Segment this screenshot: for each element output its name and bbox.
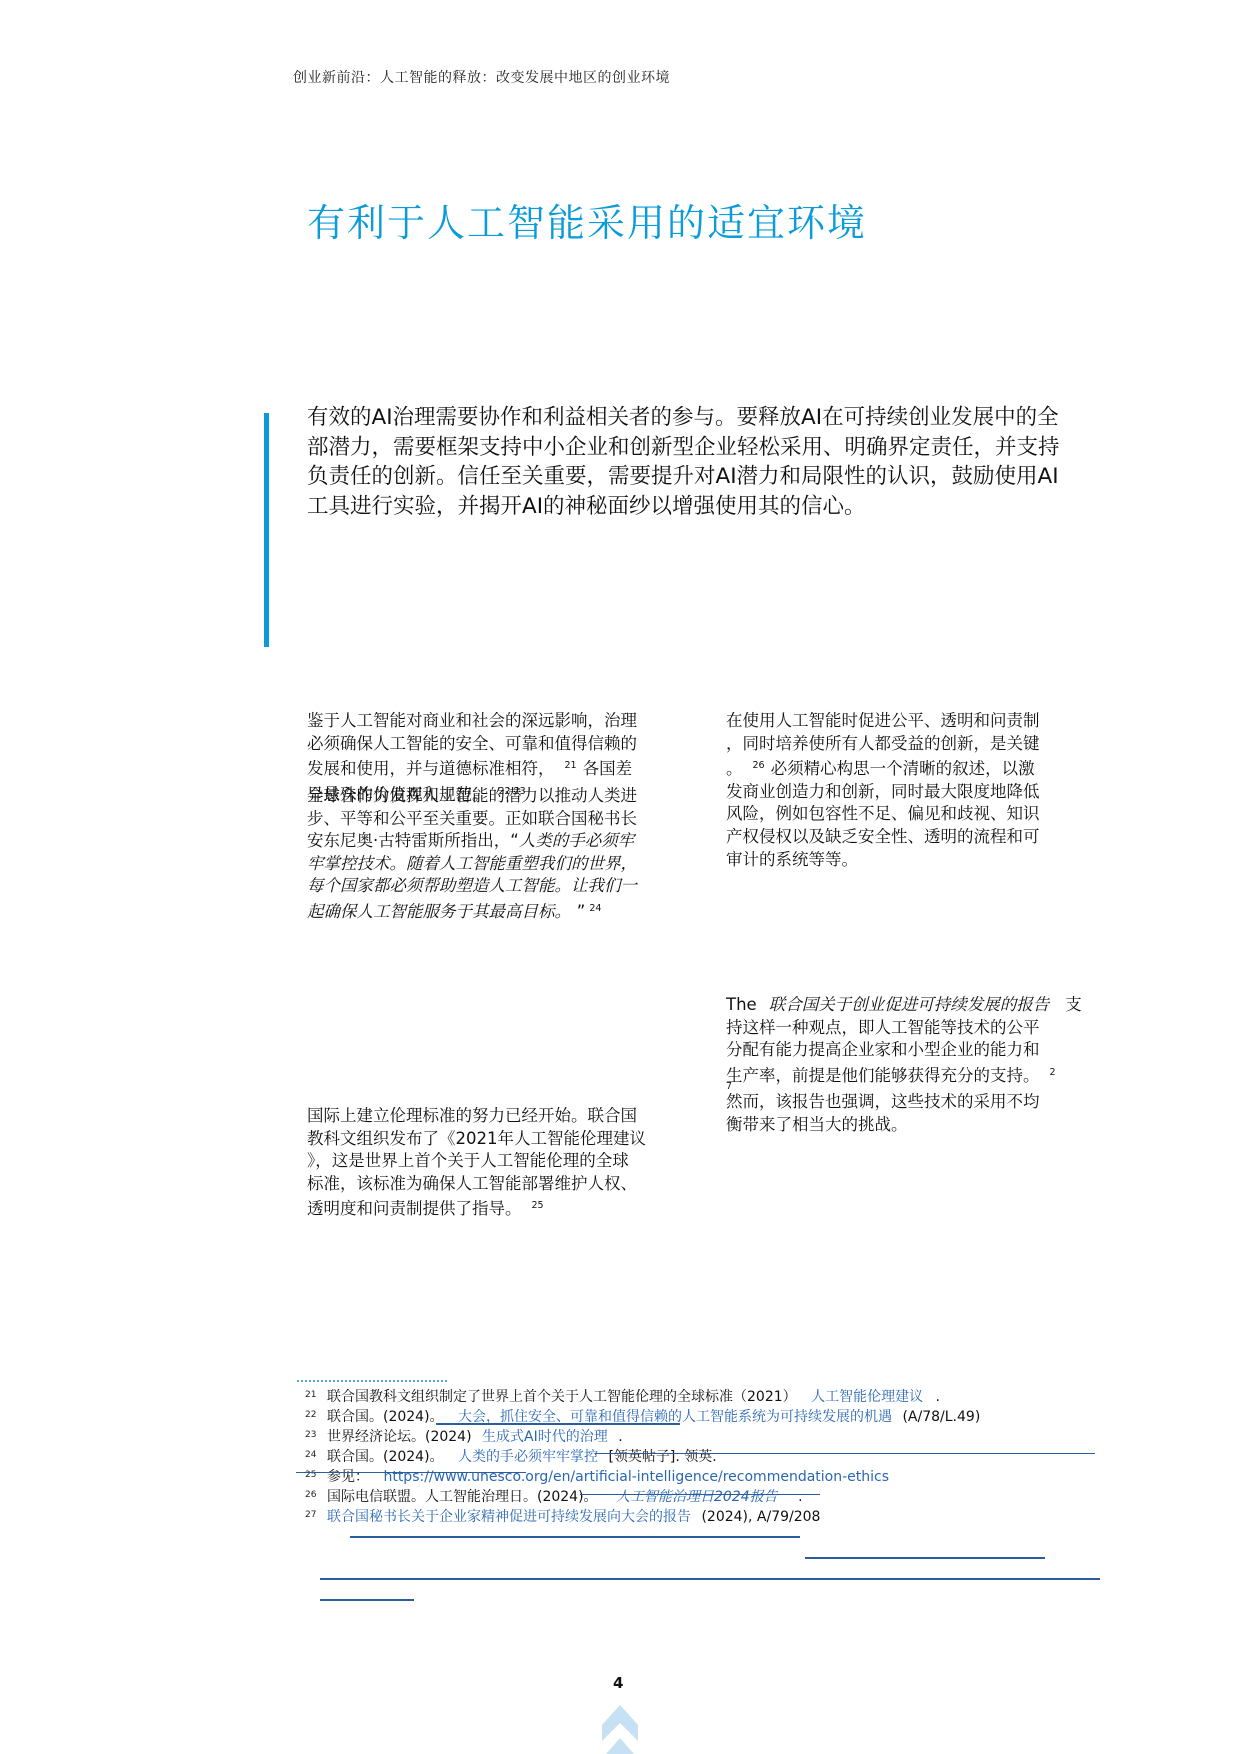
footnote-26: 26国际电信联盟。人工智能治理日。(2024)。 人工智能治理日2024报告 . — [305, 1485, 1125, 1505]
footnote-number: 21 — [305, 1385, 327, 1405]
page-title: 有利于人工智能采用的适宜环境 — [307, 192, 867, 247]
text: The — [726, 995, 757, 1014]
footnote-21: 21联合国教科文组织制定了世界上首个关于人工智能伦理的全球标准（2021） 人工… — [305, 1385, 1125, 1405]
link-underline — [595, 1453, 1095, 1454]
footnote-number: 27 — [305, 1505, 327, 1525]
text: 发展和使用，并与道德标准相符， — [307, 759, 555, 778]
close-quote: ” — [577, 902, 586, 921]
text-line: 教科文组织发布了《2021年人工智能伦理建议 — [307, 1128, 679, 1151]
text-line: 分配有能力提高企业家和小型企业的能力和 — [726, 1039, 1126, 1062]
text-line: 审计的系统等等。 — [726, 849, 1098, 872]
footnote-27: 27联合国秘书长关于企业家精神促进可持续发展向大会的报告 (2024), A/7… — [305, 1505, 1125, 1525]
text-line: 在使用人工智能时促进公平、透明和问责制 — [726, 710, 1098, 733]
text-line: The联合国关于创业促进可持续发展的报告支 — [726, 994, 1126, 1017]
footnote-text: 联合国。(2024)。 — [327, 1409, 444, 1425]
footnote-24: 24联合国。(2024)。 人类的手必须牢牢掌控 [领英帖子]. 领英. — [305, 1445, 1125, 1465]
page-number: 4 — [613, 1674, 623, 1692]
report-title: 联合国关于创业促进可持续发展的报告 — [769, 995, 1050, 1014]
footnote-link[interactable]: 人工智能伦理建议 — [811, 1389, 923, 1405]
quote-line: 起确保人工智能服务于其最高目标。 — [307, 902, 563, 921]
footnote-ref-27-wrap: 7 — [726, 1076, 732, 1099]
accent-bar — [264, 413, 269, 647]
running-header: 创业新前沿：人工智能的释放：改变发展中地区的创业环境 — [293, 67, 670, 87]
quote-line: 每个国家都必须帮助塑造人工智能。让我们一 — [307, 875, 679, 898]
footnote-ref-21[interactable]: 21 — [565, 760, 577, 771]
text-line: 起确保人工智能服务于其最高目标。”24 — [307, 898, 679, 924]
text-line: 。26必须精心构思一个清晰的叙述，以激 — [726, 755, 1098, 781]
footnote-text: 国际电信联盟。人工智能治理日。(2024)。 — [327, 1489, 598, 1505]
footnote-link[interactable]: 生成式AI时代的治理 — [482, 1429, 608, 1445]
footnote-tail: (A/78/L.49) — [902, 1409, 980, 1425]
footnote-ref-26[interactable]: 26 — [753, 760, 765, 771]
quote-line: 牢掌控技术。随着人工智能重塑我们的世界， — [307, 853, 679, 876]
text-line: 透明度和问责制提供了指导。25 — [307, 1195, 679, 1221]
footnote-link[interactable]: 人类的手必须牢牢掌控 — [458, 1449, 598, 1465]
text: 支 — [1065, 995, 1082, 1014]
intro-paragraph: 有效的AI治理需要协作和利益相关者的参与。要释放AI在可持续创业发展中的全 部潜… — [307, 403, 1107, 521]
footnote-tail: (2024), A/79/208 — [701, 1509, 820, 1525]
footnote-text: 世界经济论坛。(2024) — [327, 1429, 472, 1445]
text-line: 衡带来了相当大的挑战。 — [726, 1114, 1126, 1137]
text-line: 发商业创造力和创新，同时最大限度地降低 — [726, 781, 1098, 804]
footnote-23: 23世界经济论坛。(2024) 生成式AI时代的治理 . — [305, 1425, 1125, 1445]
footnote-tail: . — [798, 1489, 802, 1505]
chevron-up-icon — [600, 1705, 640, 1754]
footnote-number: 23 — [305, 1425, 327, 1445]
footnote-text: 联合国。(2024)。 — [327, 1449, 444, 1465]
link-underline — [320, 1599, 414, 1601]
text-line: 产权侵权以及缺乏安全性、透明的流程和可 — [726, 826, 1098, 849]
text: 安东尼奥·古特雷斯所指出，“ — [307, 831, 519, 850]
intro-line: 有效的AI治理需要协作和利益相关者的参与。要释放AI在可持续创业发展中的全 — [307, 403, 1107, 433]
link-underline — [350, 1536, 800, 1538]
intro-line: 部潜力，需要框架支持中小企业和创新型企业轻松采用、明确界定责任，并支持 — [307, 433, 1107, 463]
link-underline — [805, 1557, 1045, 1559]
footnote-tail: . — [618, 1429, 622, 1445]
footnote-22: 22联合国。(2024)。 大会，抓住安全、可靠和值得信赖的人工智能系统为可持续… — [305, 1405, 1125, 1425]
text-line: 鉴于人工智能对商业和社会的深远影响，治理 — [307, 710, 679, 733]
text-line: ，同时培养使所有人都受益的创新，是关键 — [726, 733, 1098, 756]
text-line: 国际上建立伦理标准的努力已经开始。联合国 — [307, 1105, 679, 1128]
text-line: 安东尼奥·古特雷斯所指出，“人类的手必须牢 — [307, 830, 679, 853]
text-line: 步、平等和公平至关重要。正如联合国秘书长 — [307, 808, 679, 831]
right-para-2: The联合国关于创业促进可持续发展的报告支 持这样一种观点，即人工智能等技术的公… — [726, 994, 1126, 1137]
text: 生产率，前提是他们能够获得充分的支持。 — [726, 1066, 1040, 1085]
footnote-number: 26 — [305, 1485, 327, 1505]
footnote-tail: [领英帖子]. 领英. — [608, 1449, 716, 1465]
footnote-number: 22 — [305, 1405, 327, 1425]
footnote-number: 25 — [305, 1465, 327, 1485]
link-underline — [296, 1472, 526, 1473]
text-line: 必须确保人工智能的安全、可靠和值得信赖的 — [307, 733, 679, 756]
text: 。 — [726, 759, 743, 778]
footnote-25: 25参见： https://www.unesco.org/en/artifici… — [305, 1465, 1125, 1485]
text-line: 发展和使用，并与道德标准相符，21各国差 — [307, 755, 679, 781]
text-line: 全球合作为发挥人工智能的潜力以推动人类进 — [307, 785, 679, 808]
text: 各国差 — [583, 759, 633, 778]
footnotes: 21联合国教科文组织制定了世界上首个关于人工智能伦理的全球标准（2021） 人工… — [305, 1385, 1125, 1525]
footnote-number: 24 — [305, 1445, 327, 1465]
footnote-link[interactable]: 人工智能治理日2024报告 — [616, 1489, 778, 1505]
quote-text: 人类的手必须牢 — [519, 831, 635, 850]
footnote-ref-24[interactable]: 24 — [589, 903, 601, 914]
text: 必须精心构思一个清晰的叙述，以激 — [771, 759, 1035, 778]
text: 透明度和问责制提供了指导。 — [307, 1199, 522, 1218]
text-line: 然而，该报告也强调，这些技术的采用不均 — [726, 1091, 1126, 1114]
footnote-ref-27[interactable]: 2 — [1050, 1067, 1056, 1078]
footnote-separator — [297, 1380, 447, 1382]
left-para-2: 全球合作为发挥人工智能的潜力以推动人类进 步、平等和公平至关重要。正如联合国秘书… — [307, 785, 679, 924]
text-line: 标准，该标准为确保人工智能部署维护人权、 — [307, 1173, 679, 1196]
text-line: 风险，例如包容性不足、偏见和歧视、知识 — [726, 803, 1098, 826]
footnote-ref-25[interactable]: 25 — [532, 1200, 544, 1211]
text-line: 持这样一种观点，即人工智能等技术的公平 — [726, 1017, 1126, 1040]
footnote-link[interactable]: 联合国秘书长关于企业家精神促进可持续发展向大会的报告 — [327, 1509, 691, 1525]
right-para-1: 在使用人工智能时促进公平、透明和问责制 ，同时培养使所有人都受益的创新，是关键 … — [726, 710, 1098, 871]
intro-line: 工具进行实验，并揭开AI的神秘面纱以增强使用其的信心。 — [307, 492, 1107, 522]
footnote-text: 联合国教科文组织制定了世界上首个关于人工智能伦理的全球标准（2021） — [327, 1389, 797, 1405]
text-line: 生产率，前提是他们能够获得充分的支持。27 — [726, 1062, 1126, 1088]
link-underline — [436, 1423, 680, 1425]
text-line: 》，这是世界上首个关于人工智能伦理的全球 — [307, 1150, 679, 1173]
left-para-3: 国际上建立伦理标准的努力已经开始。联合国 教科文组织发布了《2021年人工智能伦… — [307, 1105, 679, 1221]
link-underline — [320, 1578, 1100, 1580]
link-underline — [580, 1494, 820, 1495]
intro-line: 负责任的创新。信任至关重要，需要提升对AI潜力和局限性的认识，鼓励使用AI — [307, 462, 1107, 492]
footnote-tail: . — [936, 1389, 940, 1405]
